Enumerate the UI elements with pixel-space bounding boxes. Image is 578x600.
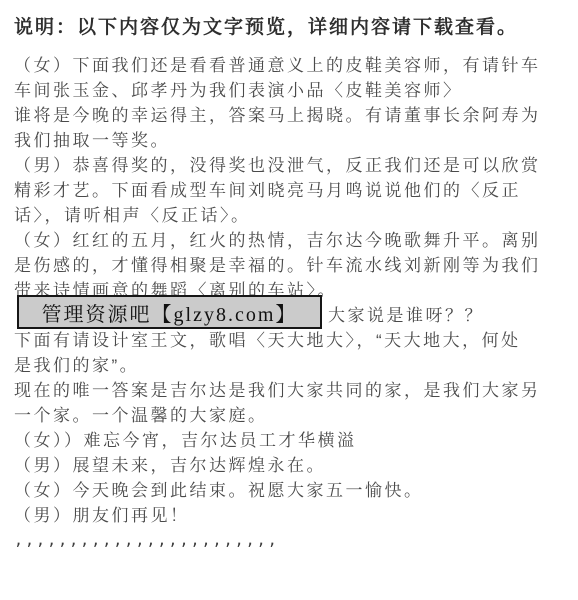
text-line: 是我们的家”。: [14, 353, 572, 378]
text-line: 是伤感的，才懂得相聚是幸福的。针车流水线刘新刚等为我们: [14, 253, 572, 278]
text-line: 现在的唯一答案是吉尔达是我们大家共同的家，是我们大家另: [14, 378, 572, 403]
dots-line: ,,,,,,,,,,,,,,,,,,,,,,,,: [14, 528, 572, 553]
text-line: （女）今天晚会到此结束。祝愿大家五一愉快。: [14, 478, 572, 503]
text-line: 精彩才艺。下面看成型车间刘晓亮马月鸣说说他们的〈反正: [14, 178, 572, 203]
text-line: （男）展望未来，吉尔达辉煌永在。: [14, 453, 572, 478]
text-line: （男）恭喜得奖的，没得奖也没泄气，反正我们还是可以欣赏: [14, 153, 572, 178]
preview-notice: 说明：以下内容仅为文字预览，详细内容请下载查看。: [14, 14, 570, 41]
text-line: 话〉，请听相声〈反正话〉。: [14, 203, 572, 228]
watermark-box: 管理资源吧【glzy8.com】: [17, 295, 322, 329]
watermark-site-label: 管理资源吧【glzy8.com】: [42, 298, 298, 327]
text-line: （女）下面我们还是看看普通意义上的皮鞋美容师，有请针车: [14, 53, 572, 78]
text-line: 一个家。一个温馨的大家庭。: [14, 403, 572, 428]
text-line: 车间张玉金、邱孝丹为我们表演小品〈皮鞋美容师〉: [14, 78, 572, 103]
text-line: （男）朋友们再见！: [14, 503, 572, 528]
text-line: （女）红红的五月，红火的热情，吉尔达今晚歌舞升平。离别: [14, 228, 572, 253]
text-line: （女））难忘今宵，吉尔达员工才华横溢: [14, 428, 572, 453]
text-line: 我们抽取一等奖。: [14, 128, 572, 153]
text-line: 下面有请设计室王文，歌唱〈天大地大〉，“天大地大，何处: [14, 328, 572, 353]
text-line: 谁将是今晚的幸运得主，答案马上揭晓。有请董事长余阿寿为: [14, 103, 572, 128]
